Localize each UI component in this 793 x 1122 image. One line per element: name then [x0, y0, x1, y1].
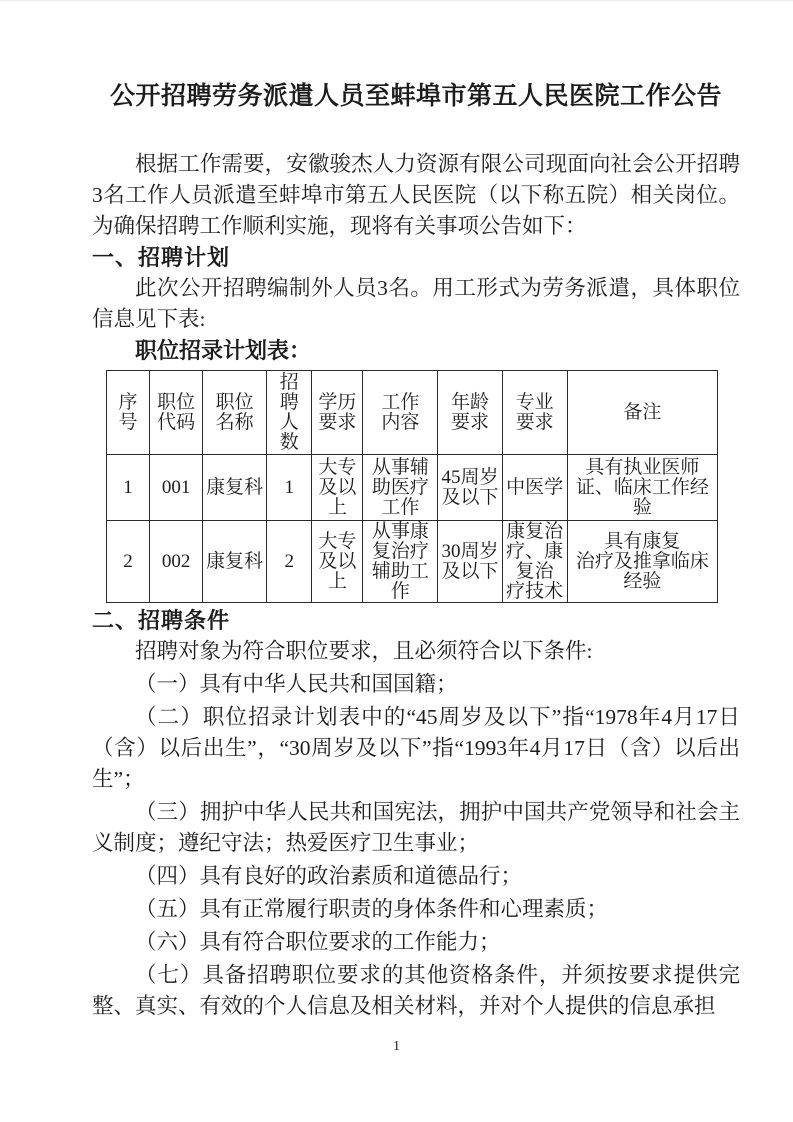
cell-education: 大专 及以 上: [312, 521, 363, 603]
table-header-row: 序 号 职位 代码 职位 名称 招 聘 人 数 学历 要求 工作 内容 年龄 要…: [107, 371, 718, 455]
cell-position: 康复科: [203, 455, 267, 521]
cell-code: 002: [150, 521, 203, 603]
section-1-heading: 一、招聘计划: [92, 242, 740, 273]
cell-remarks: 具有执业医师 证、临床工作经 验: [567, 455, 717, 521]
page-number: 1: [0, 1037, 793, 1057]
cell-serial: 1: [107, 455, 150, 521]
document-title: 公开招聘劳务派遣人员至蚌埠市第五人民医院工作公告: [92, 79, 740, 115]
condition-item-3: （三）拥护中华人民共和国宪法，拥护中国共产党领导和社会主义制度；遵纪守法；热爱医…: [92, 797, 740, 859]
cell-code: 001: [150, 455, 203, 521]
header-remarks: 备注: [567, 371, 717, 455]
table-row: 2 002 康复科 2 大专 及以 上 从事康 复治疗 辅助工 作 30周岁 及…: [107, 521, 718, 603]
cell-age: 30周岁 及以下: [438, 521, 502, 603]
header-position-code: 职位 代码: [150, 371, 203, 455]
cell-education: 大专 及以 上: [312, 455, 363, 521]
condition-item-7: （七）具备招聘职位要求的其他资格条件，并须按要求提供完整、真实、有效的个人信息及…: [92, 960, 740, 1022]
condition-item-4: （四）具有良好的政治素质和道德品行；: [92, 861, 740, 892]
condition-item-5: （五）具有正常履行职责的身体条件和心理素质；: [92, 894, 740, 925]
intro-paragraph: 根据工作需要，安徽骏杰人力资源有限公司现面向社会公开招聘3名工作人员派遣至蚌埠市…: [92, 149, 740, 242]
cell-major: 中医学: [502, 455, 567, 521]
condition-item-2: （二）职位招录计划表中的“45周岁及以下”指“1978年4月17日（含）以后出生…: [92, 702, 740, 795]
header-headcount: 招 聘 人 数: [267, 371, 312, 455]
header-education: 学历 要求: [312, 371, 363, 455]
section-1-paragraph: 此次公开招聘编制外人员3名。用工形式为劳务派遣，具体职位信息见下表:: [92, 273, 740, 335]
cell-headcount: 2: [267, 521, 312, 603]
cell-remarks: 具有康复 治疗及推拿临床 经验: [567, 521, 717, 603]
section-2-heading: 二、招聘条件: [92, 605, 740, 636]
condition-item-1: （一）具有中华人民共和国国籍；: [92, 669, 740, 700]
cell-serial: 2: [107, 521, 150, 603]
cell-headcount: 1: [267, 455, 312, 521]
header-job-content: 工作 内容: [363, 371, 438, 455]
cell-job-content: 从事辅 助医疗 工作: [363, 455, 438, 521]
header-age: 年龄 要求: [438, 371, 502, 455]
cell-major: 康复治 疗、康 复治 疗技术: [502, 521, 567, 603]
header-serial-number: 序 号: [107, 371, 150, 455]
cell-position: 康复科: [203, 521, 267, 603]
conditions-lead: 招聘对象为符合职位要求，且必须符合以下条件:: [92, 636, 740, 667]
condition-item-6: （六）具有符合职位要求的工作能力；: [92, 927, 740, 958]
cell-age: 45周岁 及以下: [438, 455, 502, 521]
header-major: 专业 要求: [502, 371, 567, 455]
header-position-name: 职位 名称: [203, 371, 267, 455]
table-caption: 职位招录计划表：: [92, 335, 740, 366]
cell-job-content: 从事康 复治疗 辅助工 作: [363, 521, 438, 603]
document-page: 公开招聘劳务派遣人员至蚌埠市第五人民医院工作公告 根据工作需要，安徽骏杰人力资源…: [0, 0, 793, 1122]
job-plan-table: 序 号 职位 代码 职位 名称 招 聘 人 数 学历 要求 工作 内容 年龄 要…: [106, 370, 718, 603]
table-row: 1 001 康复科 1 大专 及以 上 从事辅 助医疗 工作 45周岁 及以下 …: [107, 455, 718, 521]
